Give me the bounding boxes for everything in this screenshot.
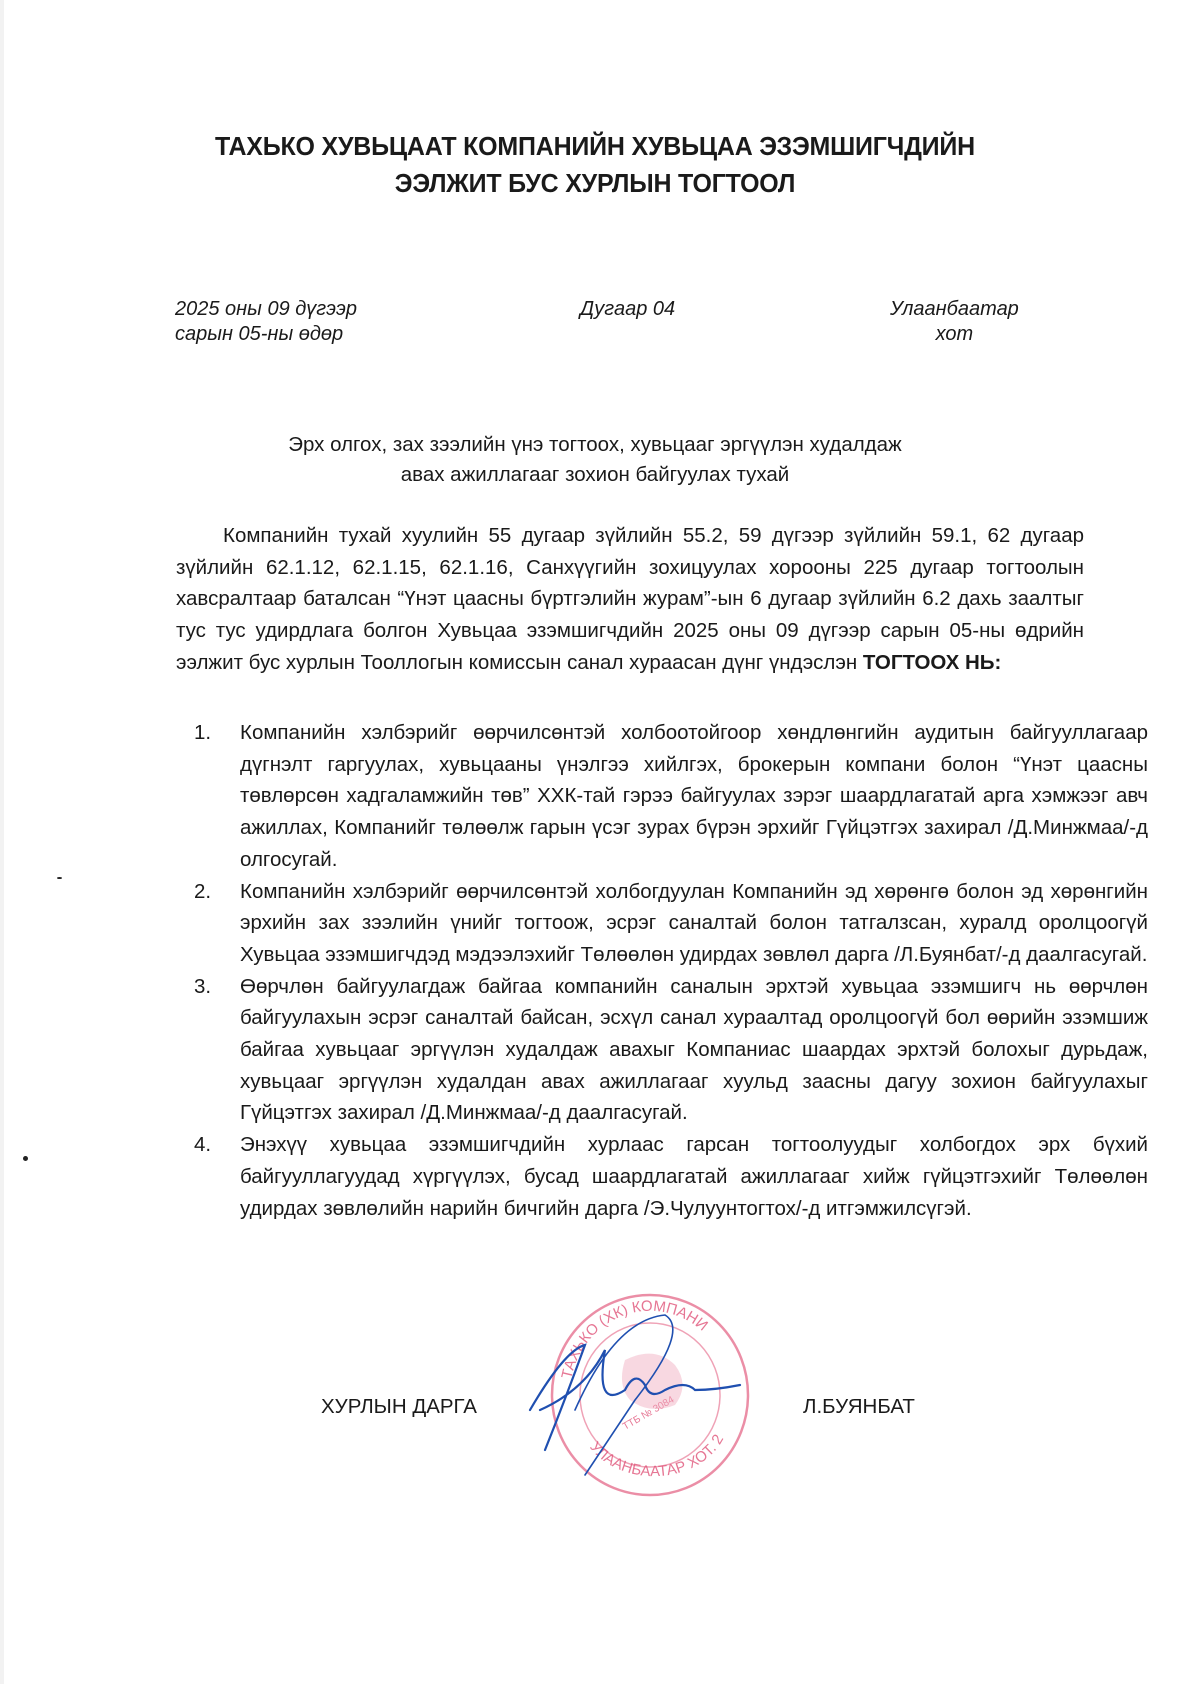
document-date: 2025 оны 09 дүгээр сарын 05-ны өдөр [175, 297, 357, 347]
company-stamp-icon: ТАХЬКО (ХК) КОМПАНИ УЛААНБААТАР ХОТ. 200… [525, 1290, 765, 1500]
item-number: 2. [194, 876, 211, 908]
date-line-1: 2025 оны 09 дүгээр [175, 297, 357, 322]
title-line-1: ТАХЬКО ХУВЬЦААТ КОМПАНИЙН ХУВЬЦАА ЭЗЭМШИ… [24, 128, 1166, 165]
page-edge [0, 0, 4, 1684]
item-text: Энэхүү хувьцаа эзэмшигчдийн хурлаас гарс… [240, 1133, 1148, 1219]
title-line-2: ЭЭЛЖИТ БУС ХУРЛЫН ТОГТООЛ [24, 165, 1166, 202]
place-line-2: хот [890, 322, 1019, 347]
item-text: Компанийн хэлбэрийг өөрчилсөнтэй холбоот… [240, 721, 1148, 871]
preamble-paragraph: Компанийн тухай хуулийн 55 дугаар зүйлий… [176, 520, 1084, 679]
number-text: Дугаар 04 [580, 297, 675, 322]
item-number: 3. [194, 971, 211, 1003]
date-line-2: сарын 05-ны өдөр [175, 322, 357, 347]
resolved-heading: ТОГТООХ НЬ: [863, 651, 1001, 674]
document-place: Улаанбаатар хот [890, 297, 1019, 347]
item-text: Компанийн хэлбэрийг өөрчилсөнтэй холбогд… [240, 880, 1148, 966]
signature-name: Л.БУЯНБАТ [803, 1395, 915, 1419]
subject-line-2: авах ажиллагааг зохион байгуулах тухай [0, 460, 1190, 490]
resolutions-list: 1.Компанийн хэлбэрийг өөрчилсөнтэй холбо… [176, 717, 1148, 1224]
subject-line-1: Эрх олгох, зах зээлийн үнэ тогтоох, хувь… [0, 430, 1190, 460]
scan-speck [23, 1156, 28, 1161]
document-subject: Эрх олгох, зах зээлийн үнэ тогтоох, хувь… [0, 430, 1190, 490]
document-title: ТАХЬКО ХУВЬЦААТ КОМПАНИЙН ХУВЬЦАА ЭЗЭМШИ… [24, 128, 1166, 202]
document-number: Дугаар 04 [580, 297, 675, 322]
item-number: 4. [194, 1129, 211, 1161]
resolution-item: 1.Компанийн хэлбэрийг өөрчилсөнтэй холбо… [240, 717, 1148, 876]
item-text: Өөрчлөн байгуулагдаж байгаа компанийн са… [240, 975, 1148, 1125]
item-number: 1. [194, 717, 211, 749]
resolution-item: 4.Энэхүү хувьцаа эзэмшигчдийн хурлаас га… [240, 1129, 1148, 1224]
signature-role: ХУРЛЫН ДАРГА [321, 1395, 477, 1419]
resolution-item: 3.Өөрчлөн байгуулагдаж байгаа компанийн … [240, 971, 1148, 1130]
place-line-1: Улаанбаатар [890, 297, 1019, 322]
resolution-item: 2.Компанийн хэлбэрийг өөрчилсөнтэй холбо… [240, 876, 1148, 971]
scan-speck [57, 877, 62, 879]
